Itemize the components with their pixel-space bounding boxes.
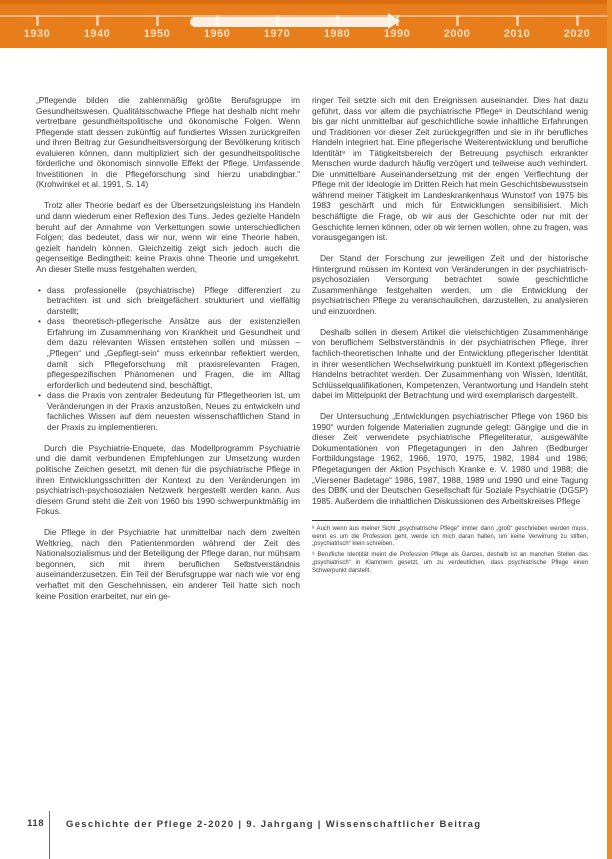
footer-divider-line	[49, 811, 50, 859]
paragraph-fortsetzung: ringer Teil setzte sich mit den Ereignis…	[312, 95, 588, 243]
timeline-tick	[576, 15, 579, 26]
bullet-list: dass professionelle (psychiatrische) Pfl…	[36, 285, 300, 433]
arrow-body	[190, 17, 389, 27]
quote-paragraph: „Pflegende bilden die zahlenmäßig größte…	[36, 95, 300, 190]
left-text-column: „Pflegende bilden die zahlenmäßig größte…	[36, 95, 300, 612]
timeline-tick	[516, 15, 519, 26]
timeline-year-label: 2010	[494, 28, 540, 40]
paragraph-theorie: Trotz aller Theorie bedarf es der Überse…	[36, 200, 300, 274]
page-edge-strip	[607, 0, 612, 859]
timeline-highlight-arrow-icon	[190, 13, 400, 30]
page-number: 118	[12, 818, 44, 829]
arrow-head	[388, 13, 400, 29]
timeline-year-label: 1930	[14, 28, 60, 40]
paragraph-forschung: Der Stand der Forschung zur jeweiligen Z…	[312, 253, 588, 316]
paragraph-artikel: Deshalb sollen in diesem Artikel die vie…	[312, 327, 588, 401]
footnote-8: ⁸ Auch wenn aus meiner Sicht „psychiatri…	[312, 526, 588, 549]
paragraph-untersuchung: Der Untersuchung „Entwicklungen psychiat…	[312, 411, 588, 506]
timeline-tick	[36, 15, 39, 26]
journal-page: 1930 1940 1950 1960 1970 1980 1990 2000 …	[0, 0, 612, 859]
paragraph-enquete: Durch die Psychiatrie-Enquete, das Model…	[36, 443, 300, 517]
paragraph-weltkrieg: Die Pflege in der Psychiatrie hat unmitt…	[36, 527, 300, 601]
timeline-tick	[456, 15, 459, 26]
right-text-column: ringer Teil setzte sich mit den Ereignis…	[312, 95, 588, 579]
journal-footer-line: Geschichte der Pflege 2-2020 | 9. Jahrga…	[66, 819, 481, 830]
timeline-year-label: 1940	[74, 28, 120, 40]
timeline-tick	[96, 15, 99, 26]
footnote-separator-rule	[312, 520, 400, 521]
timeline-tick	[156, 15, 159, 26]
footnote-9: ⁹ Berufliche Identität meint die Profess…	[312, 552, 588, 575]
timeline-year-label: 2000	[434, 28, 480, 40]
timeline-year-label: 1950	[134, 28, 180, 40]
timeline-header-band: 1930 1940 1950 1960 1970 1980 1990 2000 …	[0, 0, 612, 48]
list-item: dass theoretisch-pflegerische Ansätze au…	[36, 316, 300, 390]
list-item: dass die Praxis von zentraler Bedeutung …	[36, 390, 300, 432]
list-item: dass professionelle (psychiatrische) Pfl…	[36, 285, 300, 317]
timeline-year-label: 2020	[554, 28, 600, 40]
